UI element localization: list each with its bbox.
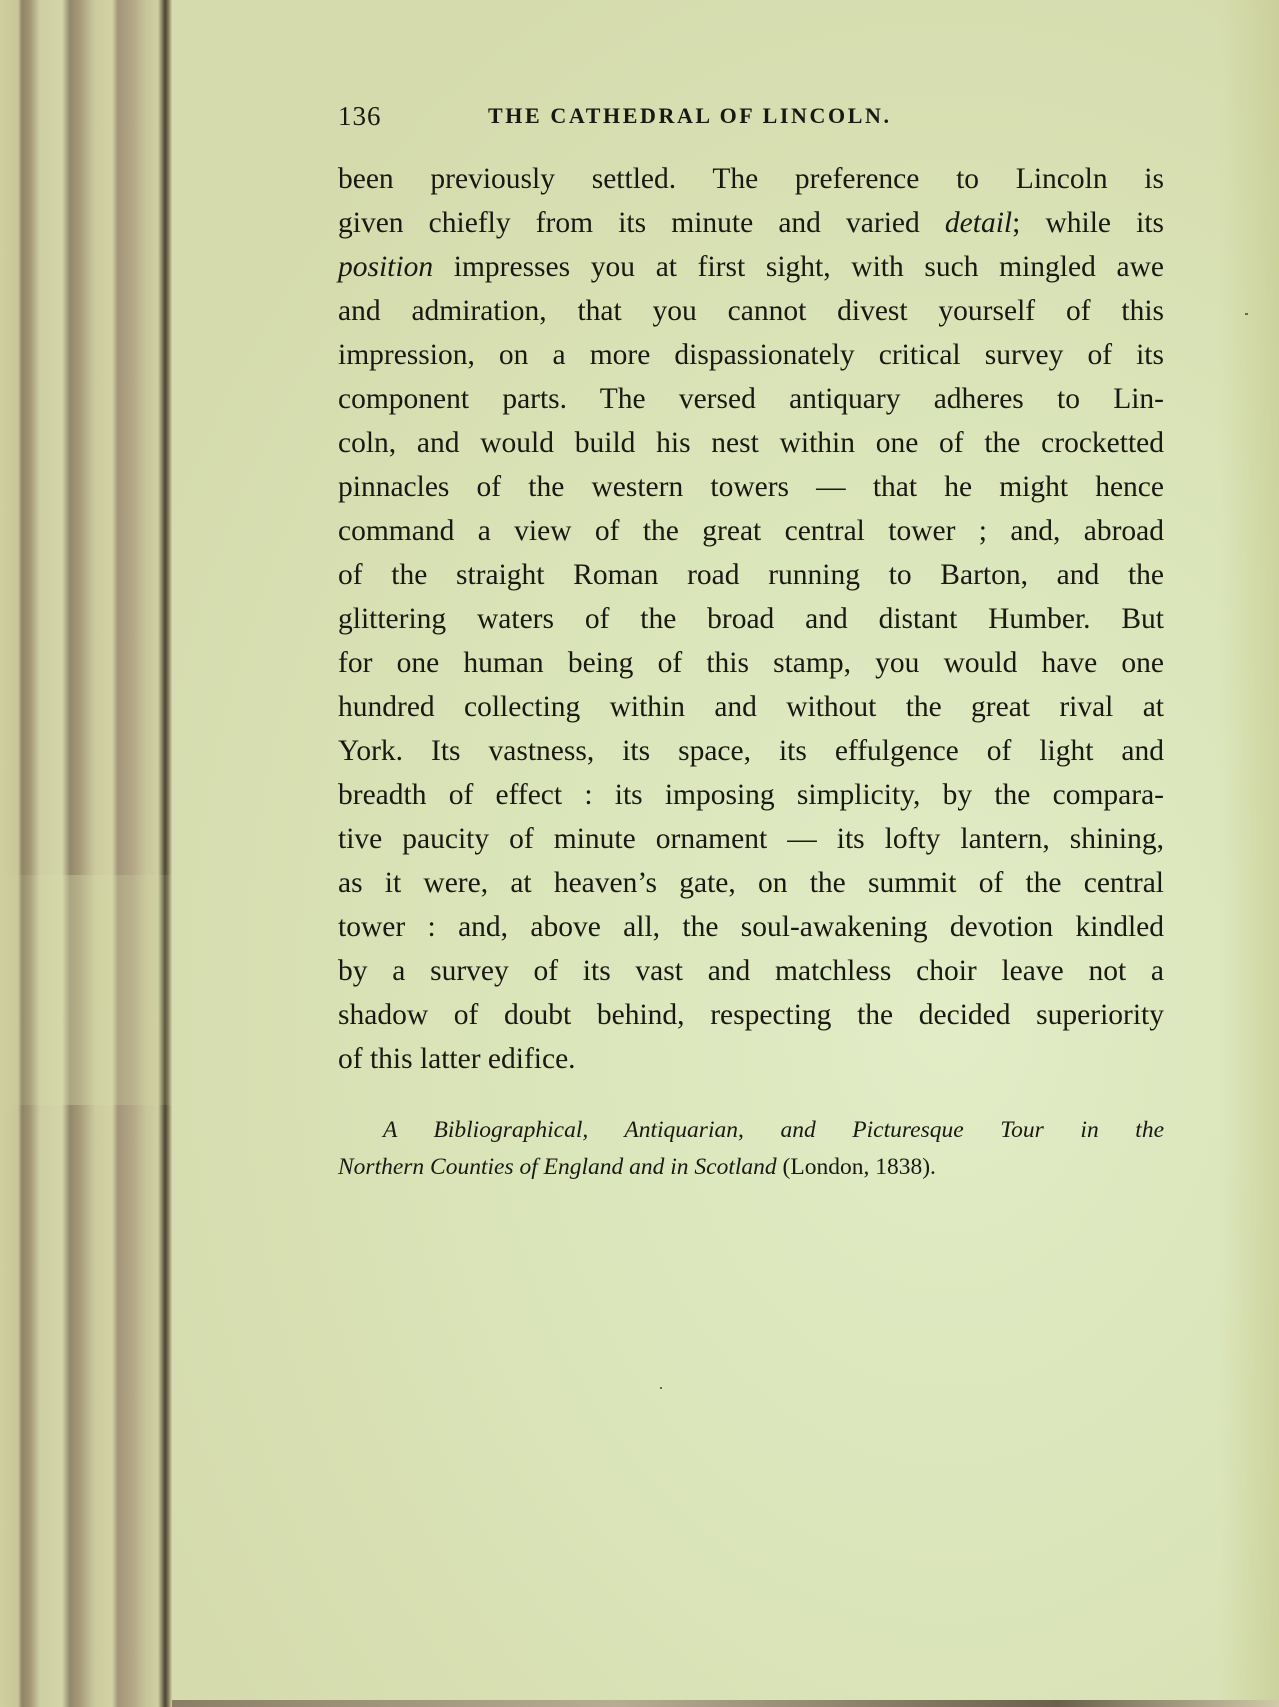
body-line: tive paucity of minute ornament — its lo… [338, 817, 1164, 861]
body-line: tower : and, above all, the soul-awakeni… [338, 905, 1164, 949]
body-line: for one human being of this stamp, you w… [338, 641, 1164, 685]
footnote-title-italic: Northern Counties of England and in Scot… [338, 1154, 777, 1180]
body-line: shadow of doubt behind, respecting the d… [338, 993, 1164, 1037]
body-line: been previously settled. The preference … [338, 157, 1164, 201]
body-line: coln, and would build his nest within on… [338, 421, 1164, 465]
italic-emphasis: position [338, 251, 433, 283]
paper-speck [660, 1387, 662, 1389]
body-line: hundred collecting within and without th… [338, 685, 1164, 729]
running-head-title: THE CATHEDRAL OF LINCOLN. [488, 96, 892, 136]
italic-emphasis: detail [945, 207, 1012, 239]
body-line: impression, on a more dispassionately cr… [338, 333, 1164, 377]
body-line: given chiefly from its minute and varied… [338, 201, 1164, 245]
footnote-citation: A Bibliographical, Antiquarian, and Pict… [338, 1112, 1164, 1186]
body-line: as it were, at heaven’s gate, on the sum… [338, 861, 1164, 905]
body-line: by a survey of its vast and matchless ch… [338, 949, 1164, 993]
paper-speck [1245, 313, 1248, 315]
body-line: and admiration, that you cannot divest y… [338, 289, 1164, 333]
body-line: glittering waters of the broad and dista… [338, 597, 1164, 641]
book-page-edges [0, 0, 172, 1707]
page-bottom-edge [172, 1700, 1279, 1707]
body-line: position impresses you at first sight, w… [338, 245, 1164, 289]
body-line: command a view of the great central towe… [338, 509, 1164, 553]
body-line: York. Its vastness, its space, its efful… [338, 729, 1164, 773]
body-line: of this latter edifice. [338, 1037, 1164, 1081]
body-line: breadth of effect : its imposing simplic… [338, 773, 1164, 817]
body-paragraph: been previously settled. The preference … [338, 157, 1164, 1081]
running-head: 136 THE CATHEDRAL OF LINCOLN. [338, 96, 1164, 136]
footnote-imprint: (London, 1838). [777, 1154, 936, 1180]
footnote-line-1: A Bibliographical, Antiquarian, and Pict… [338, 1112, 1164, 1149]
body-line: component parts. The versed antiquary ad… [338, 377, 1164, 421]
page-number: 136 [338, 96, 382, 136]
footnote-line-2: Northern Counties of England and in Scot… [338, 1149, 1164, 1186]
body-line: of the straight Roman road running to Ba… [338, 553, 1164, 597]
body-line: pinnacles of the western towers — that h… [338, 465, 1164, 509]
